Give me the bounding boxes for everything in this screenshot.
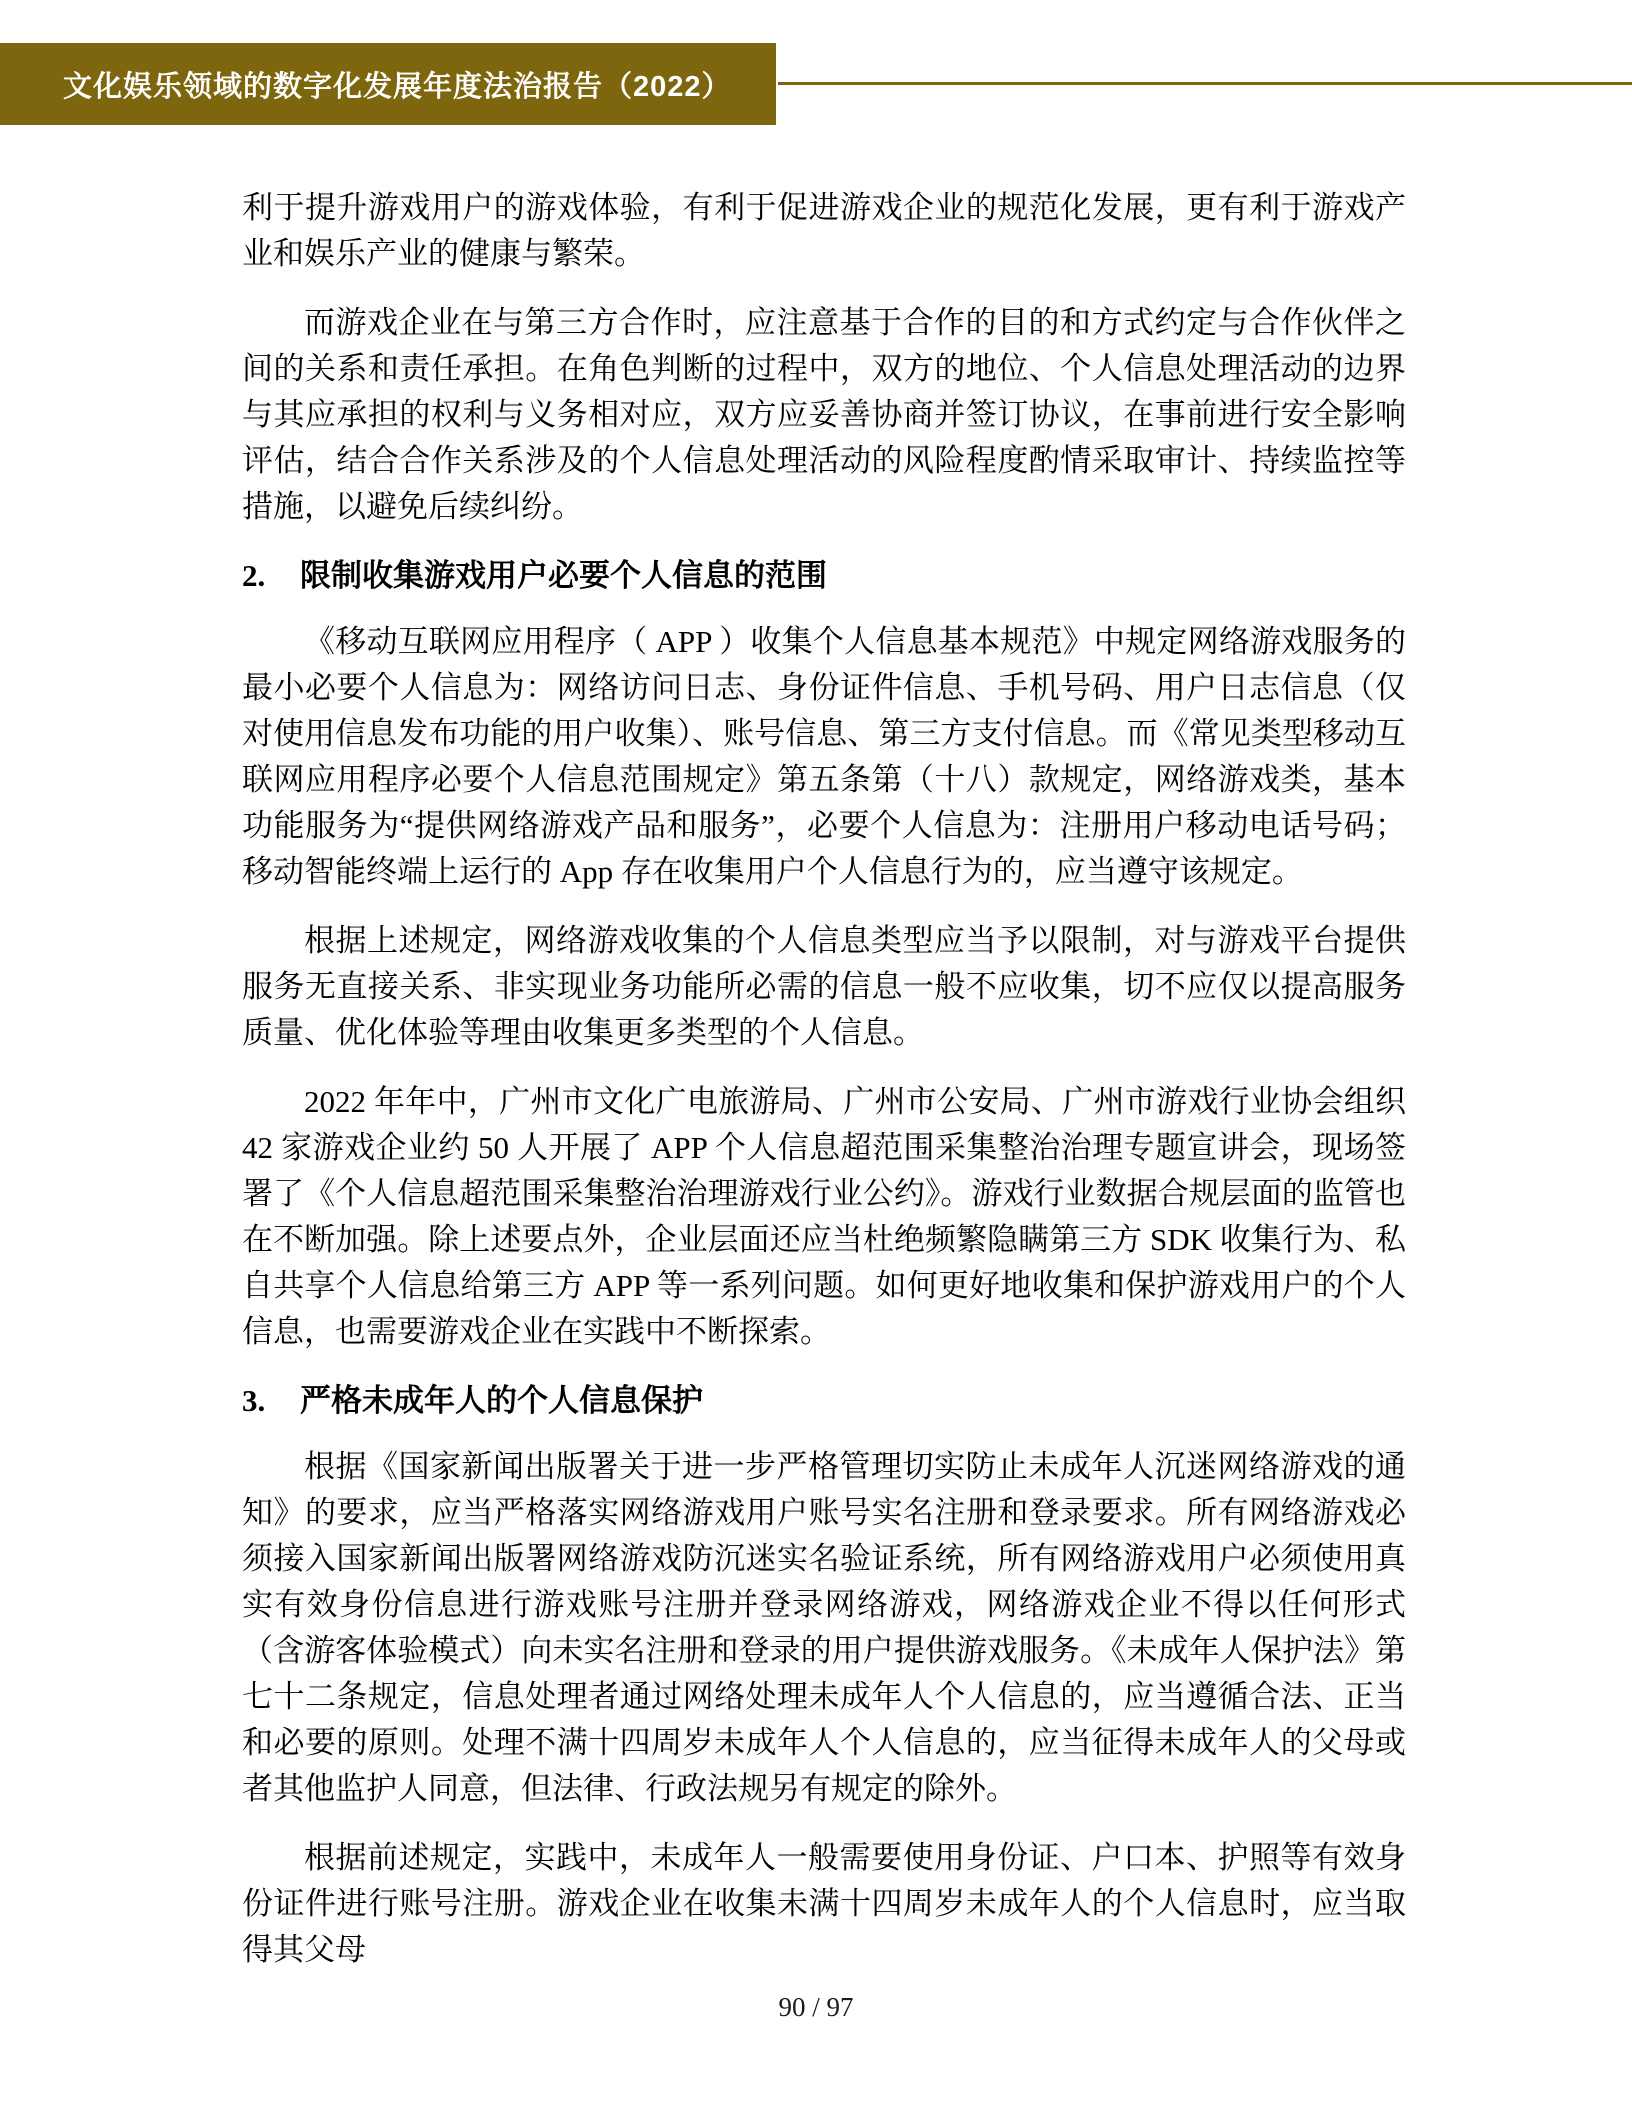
- header-rule-line: [778, 82, 1632, 85]
- heading-number: 2.: [242, 553, 300, 599]
- body-paragraph: 根据前述规定，实践中，未成年人一般需要使用身份证、户口本、护照等有效身份证件进行…: [242, 1835, 1406, 1973]
- heading-text: 严格未成年人的个人信息保护: [300, 1383, 703, 1418]
- heading-text: 限制收集游戏用户必要个人信息的范围: [300, 558, 827, 593]
- body-paragraph: 而游戏企业在与第三方合作时，应注意基于合作的目的和方式约定与合作伙伴之间的关系和…: [242, 300, 1406, 530]
- body-paragraph: 根据《国家新闻出版署关于进一步严格管理切实防止未成年人沉迷网络游戏的通知》的要求…: [242, 1444, 1406, 1812]
- body-paragraph: 《移动互联网应用程序（ APP ）收集个人信息基本规范》中规定网络游戏服务的最小…: [242, 619, 1406, 895]
- body-paragraph: 根据上述规定，网络游戏收集的个人信息类型应当予以限制，对与游戏平台提供服务无直接…: [242, 918, 1406, 1056]
- heading-number: 3.: [242, 1378, 300, 1424]
- page-content: 利于提升游戏用户的游戏体验，有利于促进游戏企业的规范化发展，更有利于游戏产业和娱…: [242, 185, 1406, 1996]
- report-header-band: 文化娱乐领域的数字化发展年度法治报告（2022）: [0, 43, 776, 125]
- section-heading-2: 2.限制收集游戏用户必要个人信息的范围: [242, 553, 1406, 599]
- body-paragraph: 2022 年年中，广州市文化广电旅游局、广州市公安局、广州市游戏行业协会组织 4…: [242, 1079, 1406, 1355]
- report-title: 文化娱乐领域的数字化发展年度法治报告（2022）: [63, 64, 732, 105]
- body-paragraph-continuation: 利于提升游戏用户的游戏体验，有利于促进游戏企业的规范化发展，更有利于游戏产业和娱…: [242, 185, 1406, 277]
- document-page: { "header": { "title": "文化娱乐领域的数字化发展年度法治…: [0, 0, 1632, 2112]
- section-heading-3: 3.严格未成年人的个人信息保护: [242, 1378, 1406, 1424]
- page-number: 90 / 97: [0, 1992, 1632, 2023]
